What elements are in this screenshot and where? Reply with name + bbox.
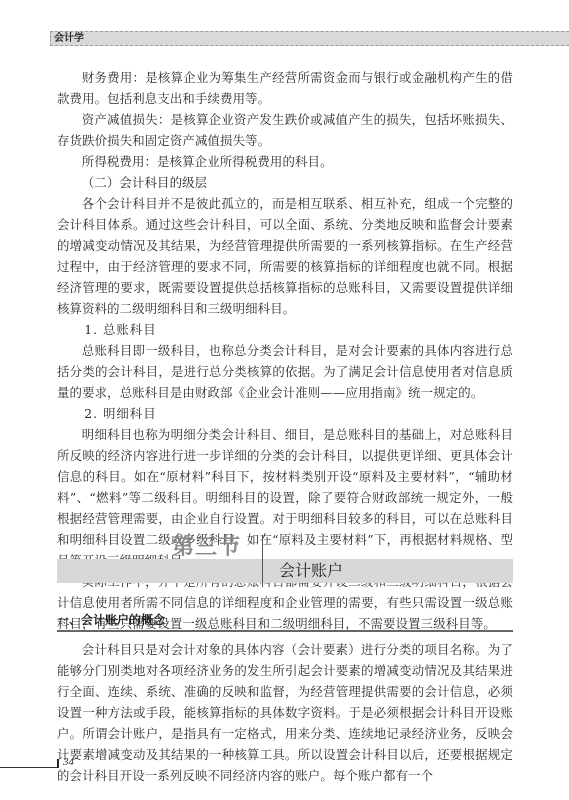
running-head-title: 会计学 [54, 32, 84, 45]
heading-general-ledger: 1. 总账科目 [57, 319, 513, 340]
footer-tick [57, 759, 59, 768]
paragraph-general-ledger: 总账科目即一级科目，也称总分类会计科目，是对会计要素的具体内容进行总括分类的会计… [57, 340, 513, 403]
banner-divider [262, 535, 263, 583]
paragraph-account-concept: 会计科目只是对会计对象的具体内容（会计要素）进行分类的项目名称。为了能够分门别类… [57, 639, 513, 786]
paragraph-asset-impairment: 资产减值损失：是核算企业资产发生跌价或减值产生的损失，包括坏账损失、存货跌价损失… [57, 109, 513, 151]
section-rule [57, 630, 513, 632]
footer-rule [0, 767, 57, 768]
page-number: 34 [63, 756, 74, 768]
section-banner: 第三节 会计账户 [57, 535, 513, 583]
heading-subsidiary-accounts: 2. 明细科目 [57, 403, 513, 424]
section-heading: 一、会计账户的概念 [57, 612, 165, 628]
section-title: 会计账户 [279, 561, 343, 581]
paragraph-financial-expenses: 财务费用：是核算企业为筹集生产经营所需资金而与银行或金融机构产生的借款费用。包括… [57, 67, 513, 109]
bottom-text-block: 会计科目只是对会计对象的具体内容（会计要素）进行分类的项目名称。为了能够分门别类… [57, 639, 513, 786]
running-head: 会计学 [50, 31, 569, 46]
paragraph-account-system: 各个会计科目并不是彼此孤立的，而是相互联系、相互补充，组成一个完整的会计科目体系… [57, 193, 513, 319]
section-number-label: 第三节 [172, 535, 241, 561]
subheading-account-levels: （二）会计科目的级层 [57, 172, 513, 193]
paragraph-income-tax: 所得税费用：是核算企业所得税费用的科目。 [57, 151, 513, 172]
